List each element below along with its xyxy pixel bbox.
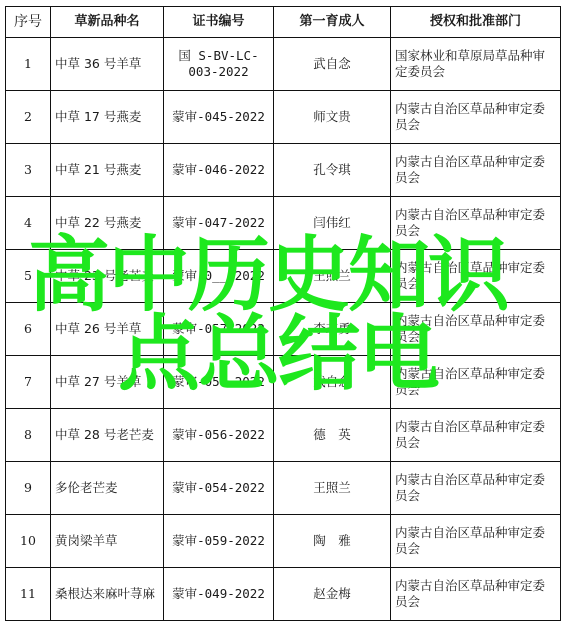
cell-department: 内蒙古自治区草品种审定委员会 [391,197,561,250]
cell-variety: 中草 23 号老芒麦 [51,250,164,303]
cell-breeder: 德 英 [274,409,391,462]
cell-variety: 中草 26 号羊草 [51,303,164,356]
table-row: 3 中草 21 号燕麦 蒙审-046-2022 孔令琪 内蒙古自治区草品种审定委… [6,144,561,197]
cell-variety: 中草 28 号老芒麦 [51,409,164,462]
cell-department: 国家林业和草原局草品种审定委员会 [391,38,561,91]
table-row: 5 中草 23 号老芒麦 蒙审-0__-2022 王照兰 内蒙古自治区草品种审定… [6,250,561,303]
cell-seq: 4 [6,197,51,250]
cell-certificate: 蒙审-0__-2022 [164,250,274,303]
cell-variety: 黄岗梁羊草 [51,515,164,568]
cell-certificate: 国 S-BV-LC-003-2022 [164,38,274,91]
table-row: 7 中草 27 号羊草 蒙审-058-2022 武自念 内蒙古自治区草品种审定委… [6,356,561,409]
cell-certificate: 蒙审-045-2022 [164,91,274,144]
cell-breeder: 闫伟红 [274,197,391,250]
cell-department: 内蒙古自治区草品种审定委员会 [391,144,561,197]
header-seq: 序号 [6,7,51,38]
header-variety: 草新品种名 [51,7,164,38]
variety-table: 序号 草新品种名 证书编号 第一育成人 授权和批准部门 1 中草 36 号羊草 … [5,6,561,621]
cell-certificate: 蒙审-056-2022 [164,409,274,462]
cell-seq: 1 [6,38,51,91]
table-row: 6 中草 26 号羊草 蒙审-057-2022 李志勇 内蒙古自治区草品种审定委… [6,303,561,356]
cell-certificate: 蒙审-049-2022 [164,568,274,621]
cell-variety: 中草 21 号燕麦 [51,144,164,197]
table-row: 4 中草 22 号燕麦 蒙审-047-2022 闫伟红 内蒙古自治区草品种审定委… [6,197,561,250]
cell-breeder: 王照兰 [274,250,391,303]
cell-department: 内蒙古自治区草品种审定委员会 [391,91,561,144]
header-breeder: 第一育成人 [274,7,391,38]
cell-seq: 2 [6,91,51,144]
header-row: 序号 草新品种名 证书编号 第一育成人 授权和批准部门 [6,7,561,38]
cell-department: 内蒙古自治区草品种审定委员会 [391,409,561,462]
cell-breeder: 陶 雅 [274,515,391,568]
cell-certificate: 蒙审-059-2022 [164,515,274,568]
cell-department: 内蒙古自治区草品种审定委员会 [391,250,561,303]
table-row: 8 中草 28 号老芒麦 蒙审-056-2022 德 英 内蒙古自治区草品种审定… [6,409,561,462]
cell-seq: 9 [6,462,51,515]
cell-seq: 6 [6,303,51,356]
cell-seq: 7 [6,356,51,409]
cell-variety: 中草 22 号燕麦 [51,197,164,250]
cell-seq: 5 [6,250,51,303]
table-row: 11 桑根达来麻叶荨麻 蒙审-049-2022 赵金梅 内蒙古自治区草品种审定委… [6,568,561,621]
cell-variety: 多伦老芒麦 [51,462,164,515]
cell-breeder: 李志勇 [274,303,391,356]
cell-department: 内蒙古自治区草品种审定委员会 [391,515,561,568]
cell-variety: 中草 17 号燕麦 [51,91,164,144]
cell-variety: 桑根达来麻叶荨麻 [51,568,164,621]
cell-breeder: 师文贵 [274,91,391,144]
table-row: 10 黄岗梁羊草 蒙审-059-2022 陶 雅 内蒙古自治区草品种审定委员会 [6,515,561,568]
header-certificate: 证书编号 [164,7,274,38]
cell-department: 内蒙古自治区草品种审定委员会 [391,303,561,356]
cell-certificate: 蒙审-047-2022 [164,197,274,250]
cell-breeder: 孔令琪 [274,144,391,197]
cell-breeder: 王照兰 [274,462,391,515]
cell-variety: 中草 36 号羊草 [51,38,164,91]
cell-breeder: 武自念 [274,356,391,409]
cell-seq: 11 [6,568,51,621]
cell-breeder: 赵金梅 [274,568,391,621]
cell-seq: 3 [6,144,51,197]
cell-department: 内蒙古自治区草品种审定委员会 [391,356,561,409]
cell-certificate: 蒙审-054-2022 [164,462,274,515]
table-row: 9 多伦老芒麦 蒙审-054-2022 王照兰 内蒙古自治区草品种审定委员会 [6,462,561,515]
cell-variety: 中草 27 号羊草 [51,356,164,409]
table-row: 2 中草 17 号燕麦 蒙审-045-2022 师文贵 内蒙古自治区草品种审定委… [6,91,561,144]
table-row: 1 中草 36 号羊草 国 S-BV-LC-003-2022 武自念 国家林业和… [6,38,561,91]
cell-department: 内蒙古自治区草品种审定委员会 [391,462,561,515]
cell-certificate: 蒙审-058-2022 [164,356,274,409]
cell-certificate: 蒙审-057-2022 [164,303,274,356]
header-department: 授权和批准部门 [391,7,561,38]
cell-certificate: 蒙审-046-2022 [164,144,274,197]
cell-seq: 10 [6,515,51,568]
cell-department: 内蒙古自治区草品种审定委员会 [391,568,561,621]
cell-seq: 8 [6,409,51,462]
cell-breeder: 武自念 [274,38,391,91]
